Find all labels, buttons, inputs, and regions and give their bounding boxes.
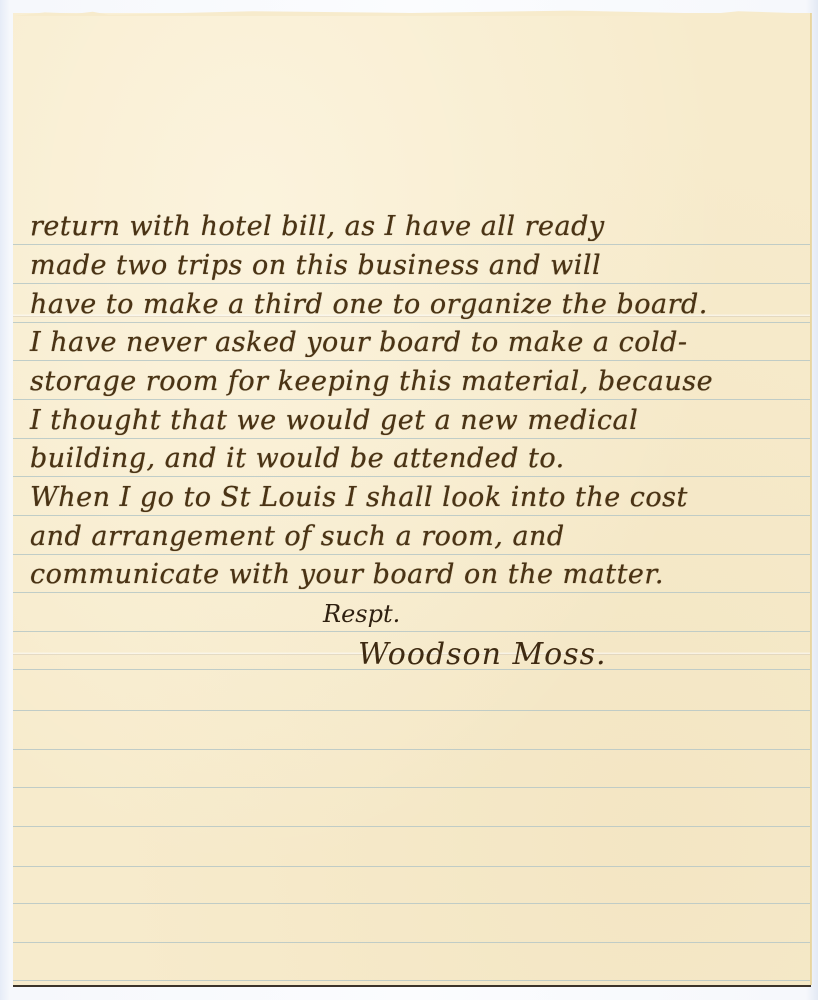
letter-line: storage room for keeping this material, … — [30, 366, 713, 398]
letter-line: I thought that we would get a new medica… — [30, 405, 638, 437]
letter-line: return with hotel bill, as I have all re… — [30, 211, 605, 243]
signature: Woodson Moss. — [358, 635, 607, 675]
letter-line: building, and it would be attended to. — [30, 443, 565, 475]
letter-page: return with hotel bill, as I have all re… — [13, 13, 811, 985]
letter-line: communicate with your board on the matte… — [30, 559, 664, 591]
letter-line: have to make a third one to organize the… — [30, 289, 708, 321]
closing-salutation: Respt. — [323, 599, 400, 629]
letter-line: and arrangement of such a room, and — [30, 521, 565, 553]
letter-line: When I go to St Louis I shall look into … — [30, 482, 688, 514]
letter-line: I have never asked your board to make a … — [30, 327, 688, 359]
letter-body: return with hotel bill, as I have all re… — [13, 13, 810, 985]
letter-line: made two trips on this business and will — [30, 250, 601, 282]
